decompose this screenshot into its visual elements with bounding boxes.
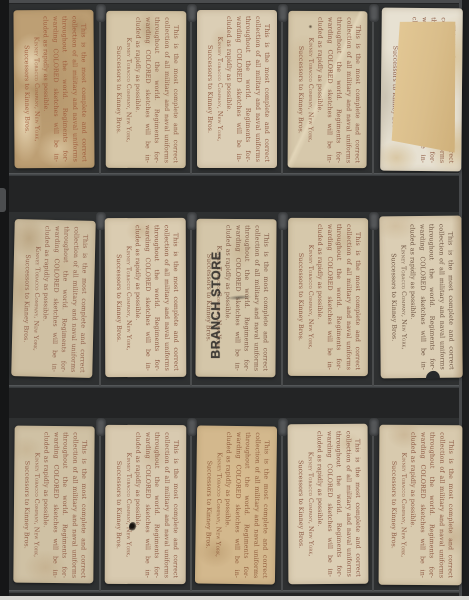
card-back-text: This is the most complete and correctcol…: [197, 10, 277, 168]
sleeve-seam: [281, 214, 283, 386]
card-back-text-line: collection of all military and naval uni…: [69, 16, 79, 162]
card-back-text-line: collection of all military and naval uni…: [160, 432, 170, 578]
card-back-text-line: warding COLORED sketches will be in-: [417, 224, 428, 370]
card-back-text-line: collection of all military and naval uni…: [250, 432, 261, 578]
glued-paper-overlay: [389, 20, 458, 156]
sleeve-slit-tab: [187, 418, 197, 436]
card-back-text-line: This is the most complete and correct: [262, 16, 271, 162]
card-back-text-line: collection of all military and naval uni…: [342, 17, 352, 163]
tobacco-card-back-12: This is the most complete and correctcol…: [105, 425, 187, 584]
card-back-text-line: cluded as rapidly as possible.: [224, 16, 233, 162]
card-back-text: This is the most complete and correctcol…: [106, 11, 187, 168]
card-back-text-line: cluded as rapidly as possible.: [40, 16, 50, 162]
card-back-text-line: Kinney Tobacco Company, New York,: [123, 431, 133, 577]
binder-left-tab: [0, 188, 6, 212]
sleeve-seam: [99, 6, 101, 174]
card-back-text-line: Successors to Kinney Bros.: [114, 16, 124, 162]
card-back-text-line: throughout the world. Regiments for-: [151, 224, 161, 370]
binder-right-edge: [462, 0, 469, 600]
card-back-text-line: throughout the world. Regiments for-: [151, 432, 161, 578]
card-back-text-line: Successors to Kinney Bros.: [113, 431, 123, 577]
card-back-text-block: This is the most complete and correctcol…: [111, 224, 180, 370]
card-back-text-line: throughout the world. Regiments for-: [59, 16, 69, 162]
tobacco-card-back-2: This is the most complete and correctcol…: [106, 11, 187, 168]
sleeve-seam: [372, 214, 374, 386]
sleeve-seam: [190, 6, 192, 174]
sleeve-seam: [190, 214, 192, 386]
card-back-text-block: This is the most complete and correctcol…: [112, 16, 181, 162]
sleeve-slit-tab: [278, 4, 288, 22]
sleeve-seam: [99, 420, 101, 592]
card-back-text-line: cluded as rapidly as possible.: [407, 224, 418, 370]
branch-store-stamp: BRANCH STORE: [209, 259, 224, 359]
card-back-text-line: collection of all military and naval uni…: [343, 224, 353, 370]
tobacco-card-back-8: This is the most complete and correctcol…: [195, 219, 276, 378]
card-back-text-line: collection of all military and naval uni…: [68, 432, 79, 578]
tobacco-card-back-7: This is the most complete and correctcol…: [105, 218, 187, 377]
card-back-text-line: This is the most complete and correct: [170, 432, 180, 578]
card-back-text-line: collection of all military and naval uni…: [343, 431, 353, 577]
sleeve-seam: [190, 420, 192, 592]
card-back-text-line: Successors to Kinney Bros.: [388, 432, 398, 578]
sleeve-slit-tab: [96, 4, 106, 22]
card-back-text-line: throughout the world. Regiments for-: [151, 17, 161, 163]
card-back-text-line: warding COLORED sketches will be in-: [141, 431, 151, 577]
card-back-text-line: throughout the world. Regiments for-: [426, 432, 436, 578]
card-back-text-line: warding COLORED sketches will be in-: [416, 432, 426, 578]
card-back-text-line: throughout the world. Regiments for-: [334, 224, 344, 370]
card-back-text-line: collection of all military and naval uni…: [161, 17, 171, 163]
binder-left-edge: [0, 0, 9, 600]
pocket-rail-1: [6, 173, 462, 176]
card-back-text-line: warding COLORED sketches will be in-: [50, 431, 61, 577]
card-back-text-line: warding COLORED sketches will be in-: [324, 431, 334, 577]
card-back-text-block: This is the most complete and correctcol…: [386, 432, 455, 578]
card-back-text-line: Kinney Tobacco Company, New York,: [123, 16, 133, 162]
card-back-text-block: This is the most complete and correctcol…: [19, 431, 88, 578]
sleeve-slit-tab: [369, 4, 379, 22]
card-back-text-line: cluded as rapidly as possible.: [132, 225, 142, 371]
card-back-text-line: warding COLORED sketches will be in-: [50, 16, 60, 162]
card-back-text-block: This is the most complete and correctcol…: [203, 16, 271, 162]
tobacco-card-back-13: This is the most complete and correctcol…: [195, 425, 277, 584]
card-back-text-line: Kinney Tobacco Company, New York,: [305, 224, 315, 370]
sleeve-slit-tab: [278, 418, 288, 436]
card-back-text-block: This is the most complete and correctcol…: [18, 225, 89, 373]
card-back-text: This is the most complete and correctcol…: [13, 10, 94, 169]
tobacco-card-back-4: This is the most complete and correctcol…: [288, 11, 368, 168]
card-back-text-line: Kinney Tobacco Company, New York,: [305, 431, 315, 577]
card-back-text: This is the most complete and correctcol…: [195, 425, 277, 584]
card-back-text-line: This is the most complete and correct: [352, 431, 362, 577]
card-back-text-line: Kinney Tobacco Company, New York,: [31, 431, 42, 577]
card-back-text-line: Kinney Tobacco Company, New York,: [304, 16, 314, 162]
card-back-text-line: collection of all military and naval uni…: [252, 16, 261, 162]
card-back-text: This is the most complete and correctcol…: [288, 11, 368, 168]
album-page: This is the most complete and correctcol…: [0, 0, 469, 600]
card-back-text-line: Kinney Tobacco Company, New York,: [397, 432, 407, 578]
tobacco-card-back-9: This is the most complete and correctcol…: [288, 218, 368, 376]
card-back-text: This is the most complete and correctcol…: [13, 426, 94, 584]
tobacco-card-back-5: This is the most complete and correctcol…: [380, 8, 463, 172]
card-back-text-line: warding COLORED sketches will be in-: [142, 16, 152, 162]
sleeve-slit-tab: [369, 212, 379, 230]
card-back-text-block: This is the most complete and correctcol…: [201, 432, 271, 579]
photo-bottom-edge: [0, 596, 469, 600]
sleeve-seam: [99, 214, 101, 386]
card-back-text-line: collection of all military and naval uni…: [160, 224, 170, 370]
card-back-text-block: This is the most complete and correctcol…: [111, 431, 180, 577]
tobacco-card-back-11: This is the most complete and correctcol…: [13, 426, 94, 584]
card-back-text-line: cluded as rapidly as possible.: [407, 432, 417, 578]
card-back-text-line: Kinney Tobacco Company, New York,: [398, 224, 409, 370]
card-back-text-line: warding COLORED sketches will be in-: [141, 224, 151, 370]
card-back-text-line: Kinney Tobacco Company, New York,: [31, 16, 41, 162]
card-back-text-block: This is the most complete and correctcol…: [19, 16, 88, 162]
card-back-text-line: This is the most complete and correct: [78, 432, 89, 578]
card-back-text-line: throughout the world. Regiments for-: [333, 17, 343, 163]
card-back-text-line: This is the most complete and correct: [445, 432, 455, 578]
card-back-text-line: collection of all military and naval uni…: [435, 432, 445, 578]
card-back-text-line: Successors to Kinney Bros.: [113, 225, 123, 371]
card-back-text-line: This is the most complete and correct: [352, 224, 362, 370]
sleeve-slit-tab: [278, 212, 288, 230]
card-back-text: This is the most complete and correctcol…: [105, 425, 187, 584]
card-back-text-line: throughout the world. Regiments for-: [243, 16, 252, 162]
card-back-text-line: throughout the world. Regiments for-: [333, 431, 343, 577]
chipped-notch: [426, 370, 440, 379]
card-back-text-line: This is the most complete and correct: [170, 17, 180, 163]
tobacco-card-back-6: This is the most complete and correctcol…: [11, 219, 96, 378]
sleeve-seam: [372, 420, 374, 592]
card-back-text-line: warding COLORED sketches will be in-: [323, 16, 333, 162]
sleeve-seam: [372, 6, 374, 174]
card-back-text-block: This is the most complete and correctcol…: [294, 224, 362, 370]
card-back-text-line: This is the most complete and correct: [445, 224, 456, 370]
tobacco-card-back-1: This is the most complete and correctcol…: [13, 10, 94, 169]
card-back-text-line: Successors to Kinney Bros.: [205, 16, 214, 162]
tobacco-card-back-15: This is the most complete and correctcol…: [379, 425, 463, 585]
tobacco-card-back-3: This is the most complete and correctcol…: [197, 10, 277, 168]
card-back-text: This is the most complete and correctcol…: [379, 216, 462, 379]
sleeve-slit-tab: [187, 4, 197, 22]
card-back-text: This is the most complete and correctcol…: [288, 218, 368, 376]
card-back-text-line: cluded as rapidly as possible.: [132, 431, 142, 577]
card-back-text-line: warding COLORED sketches will be in-: [233, 16, 242, 162]
card-back-text: This is the most complete and correctcol…: [11, 219, 96, 378]
sleeve-seam: [281, 6, 283, 174]
card-back-text-line: Kinney Tobacco Company, New York,: [123, 225, 133, 371]
card-back-text-line: throughout the world. Regiments for-: [426, 224, 437, 370]
tobacco-card-back-10: This is the most complete and correctcol…: [379, 216, 462, 379]
card-back-text-line: Kinney Tobacco Company, New York,: [214, 16, 223, 162]
card-back-text-block: This is the most complete and correctcol…: [386, 224, 455, 371]
card-back-text-line: cluded as rapidly as possible.: [315, 224, 325, 370]
card-back-text-line: cluded as rapidly as possible.: [314, 16, 324, 162]
sleeve-seam: [281, 420, 283, 592]
card-back-text: This is the most complete and correctcol…: [288, 424, 369, 584]
card-back-text-line: Successors to Kinney Bros.: [295, 16, 305, 162]
card-back-text-line: cluded as rapidly as possible.: [314, 431, 324, 577]
card-back-text-block: This is the most complete and correctcol…: [293, 16, 362, 162]
card-back-text-line: This is the most complete and correct: [170, 224, 180, 370]
card-back-text-block: This is the most complete and correctcol…: [294, 431, 363, 577]
card-back-text-line: This is the most complete and correct: [352, 17, 362, 163]
page-top-edge: [0, 0, 469, 3]
tobacco-card-back-14: This is the most complete and correctcol…: [288, 424, 369, 584]
card-back-text-line: throughout the world. Regiments for-: [59, 432, 70, 578]
card-back-text-line: collection of all military and naval uni…: [435, 224, 446, 370]
card-back-text-line: This is the most complete and correct: [260, 225, 270, 371]
card-back-text: This is the most complete and correctcol…: [379, 425, 463, 585]
pocket-rail-3: [6, 590, 462, 593]
pocket-rail-2: [6, 385, 462, 388]
card-back-text-line: warding COLORED sketches will be in-: [324, 224, 334, 370]
card-back-text-line: This is the most complete and correct: [78, 16, 88, 162]
sleeve-slit-tab: [369, 418, 379, 436]
card-back-text-line: Successors to Kinney Bros.: [296, 224, 306, 370]
card-back-text: This is the most complete and correctcol…: [105, 218, 187, 377]
card-back-text-line: cluded as rapidly as possible.: [133, 16, 143, 162]
